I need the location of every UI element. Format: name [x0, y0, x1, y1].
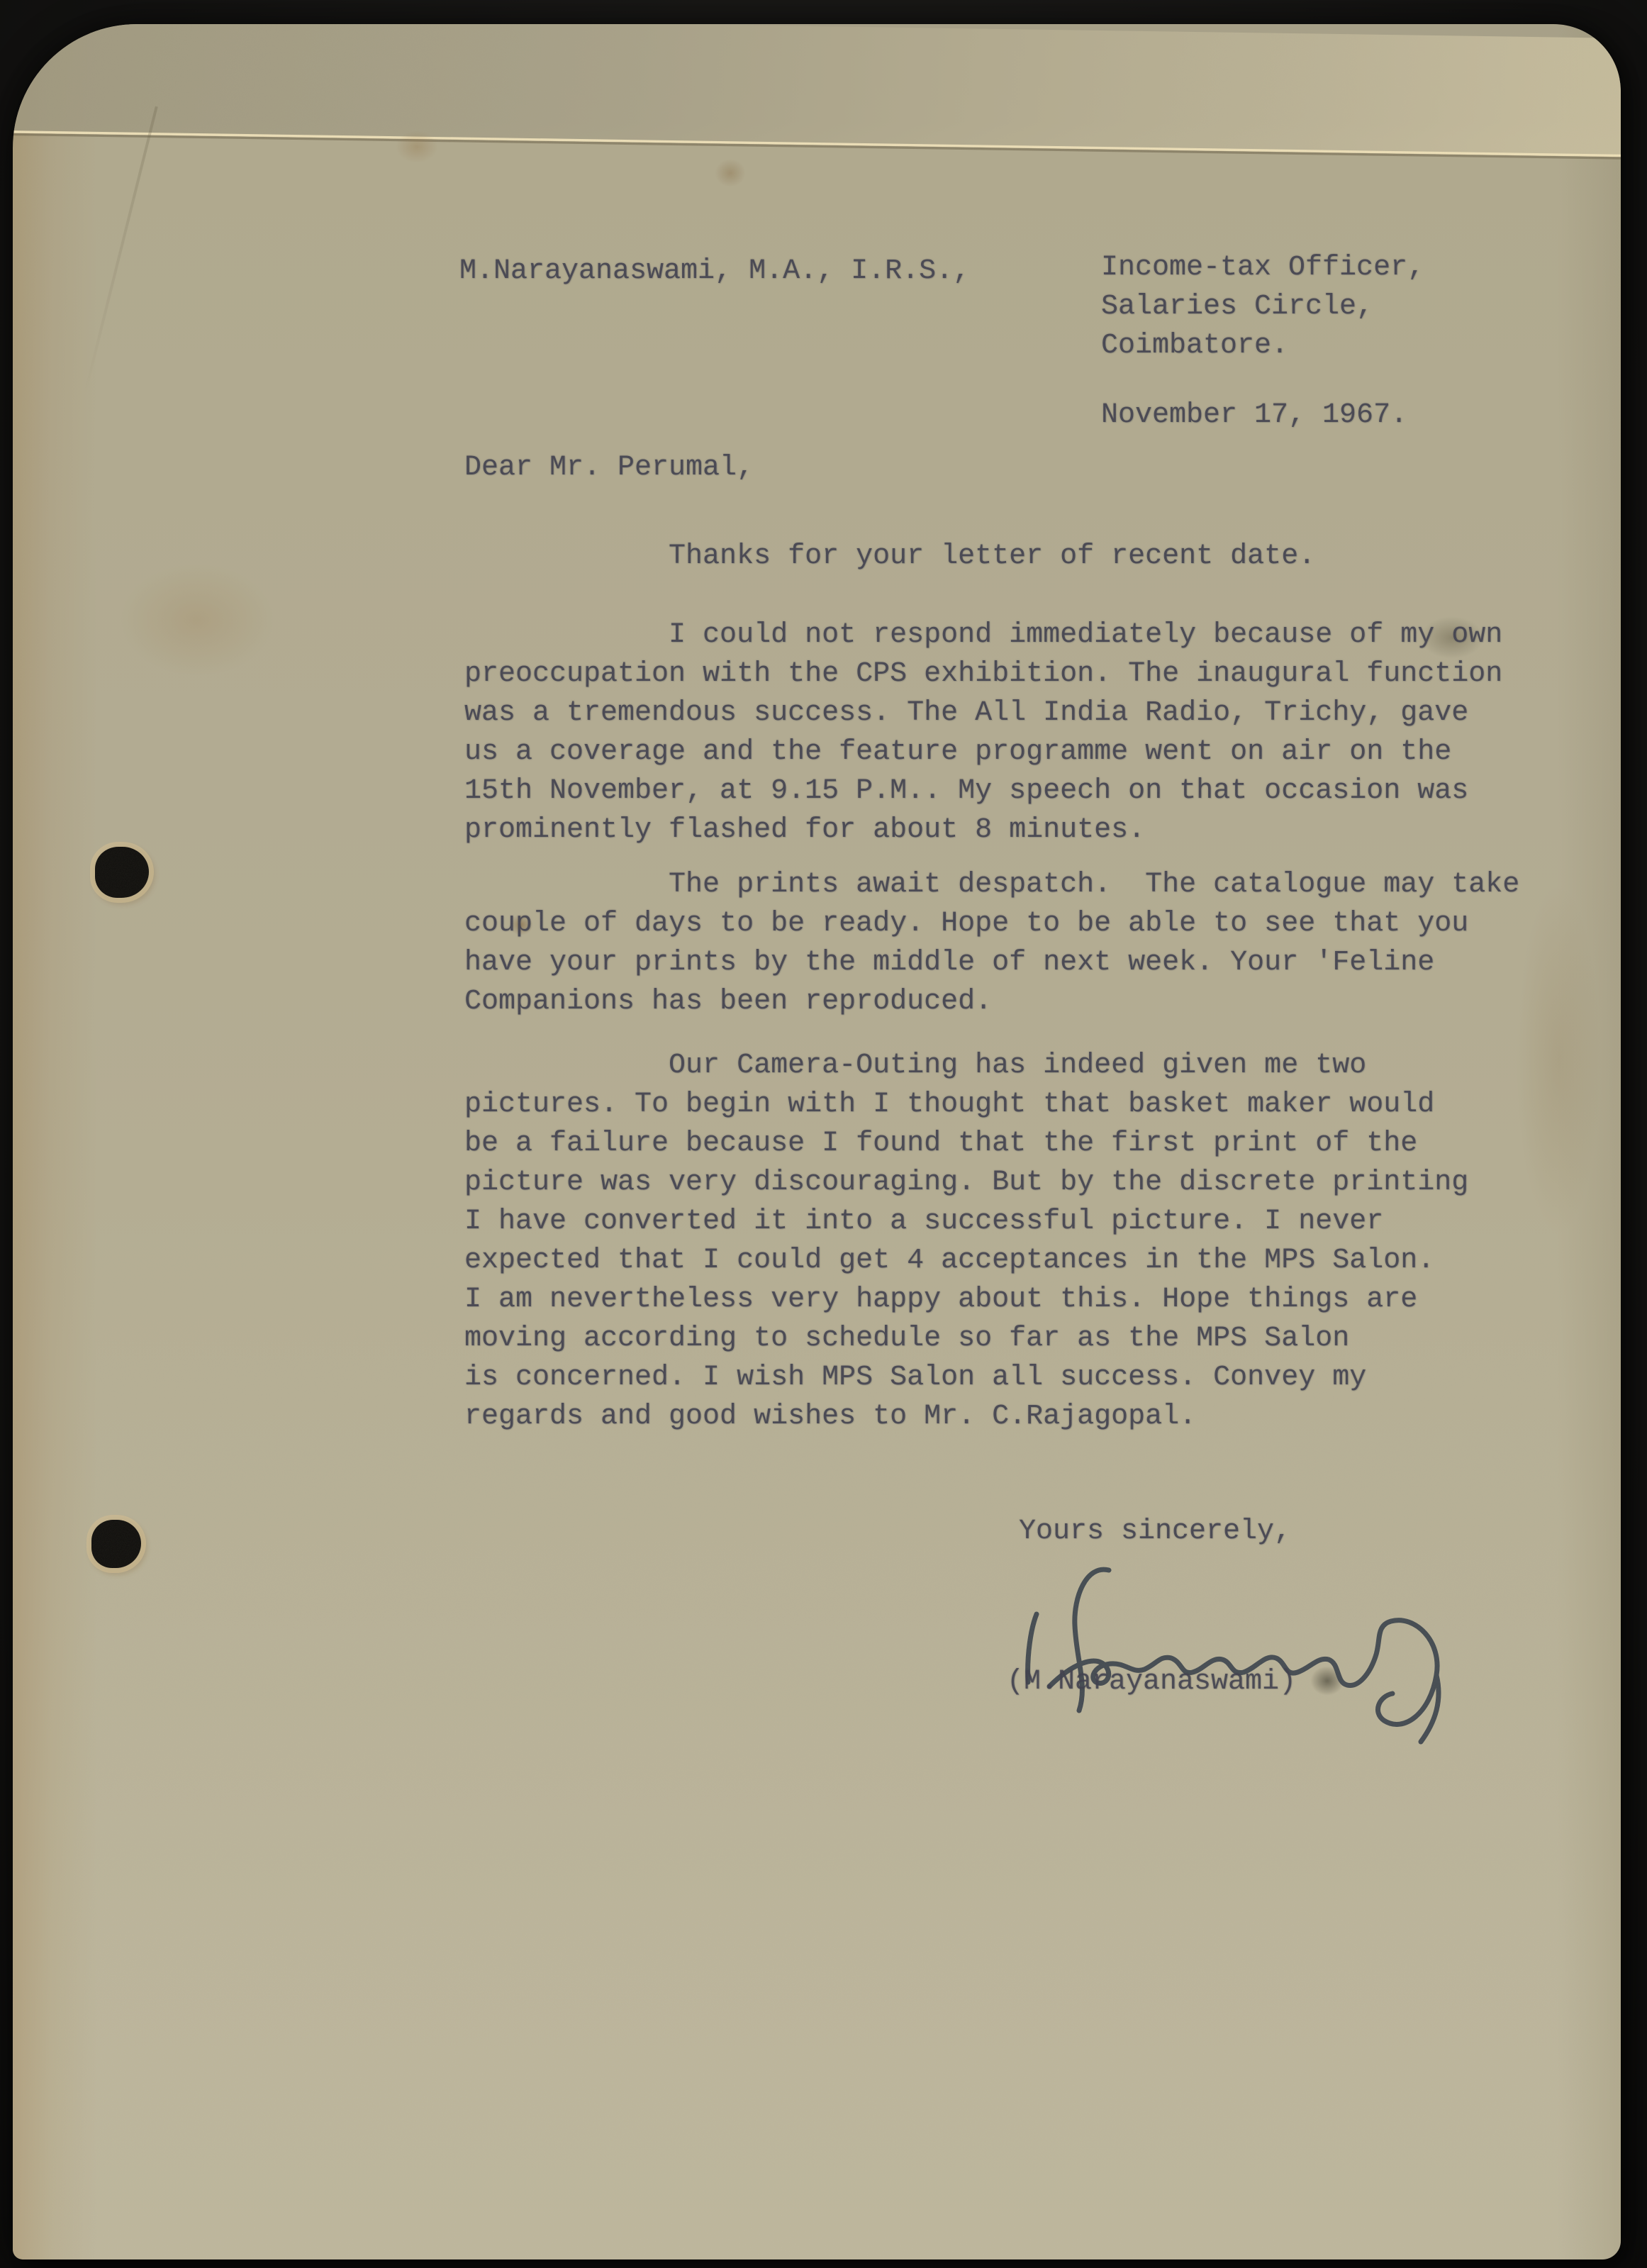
typed-signature-name: (M.Narayanaswami)	[1007, 1662, 1296, 1701]
paragraph-3: The prints await despatch. The catalogue…	[464, 865, 1519, 1021]
punch-hole-top	[95, 847, 149, 898]
signature-script	[1004, 1535, 1486, 1747]
paragraph-2: I could not respond immediately because …	[464, 616, 1502, 850]
letter-date: November 17, 1967.	[1101, 396, 1407, 435]
paragraph-4: Our Camera-Outing has indeed given me tw…	[464, 1046, 1468, 1436]
stain	[1516, 882, 1601, 1237]
sender-office-address: Income-tax Officer, Salaries Circle, Coi…	[1101, 248, 1424, 365]
punch-hole-bottom	[91, 1520, 141, 1568]
closing-phrase: Yours sincerely,	[1019, 1512, 1291, 1551]
paragraph-1: Thanks for your letter of recent date.	[464, 537, 1315, 576]
scanner-background: M.Narayanaswami, M.A., I.R.S., Income-ta…	[0, 0, 1647, 2268]
corner-crease	[83, 106, 157, 396]
letter-page: M.Narayanaswami, M.A., I.R.S., Income-ta…	[13, 24, 1621, 2259]
stain	[715, 159, 746, 187]
stain	[119, 563, 275, 677]
sender-name-line: M.Narayanaswami, M.A., I.R.S.,	[459, 252, 970, 291]
salutation: Dear Mr. Perumal,	[464, 448, 754, 487]
ink-blot	[1310, 1666, 1344, 1696]
